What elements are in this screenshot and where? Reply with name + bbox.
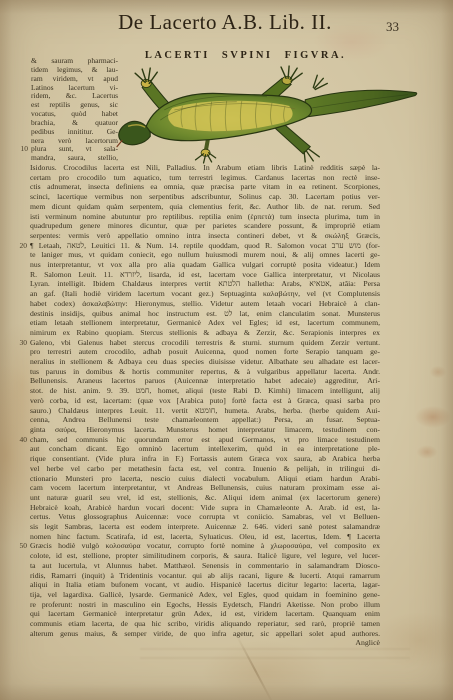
text-line: ctionario Munsteri pro lacerta, nescio c…: [30, 474, 380, 484]
text-line: destinis insidijs, quibus animal hoc ins…: [30, 309, 380, 319]
text-line: alterum genus maius, & semper viride, de…: [30, 629, 380, 639]
text-line: quadrupedum genere minores dicuntur, quæ…: [30, 221, 380, 231]
text-line: vel herbe vel carbo per metathesin facta…: [30, 464, 380, 474]
text-line: tus paruus in domibus & hortis communite…: [30, 367, 380, 377]
book-page: De Lacerto A.B. Lib. II. 33 LACERTI SVPI…: [0, 0, 453, 700]
line-number: 30: [13, 338, 27, 348]
line-number: 10: [14, 145, 28, 154]
text-line: colote, id est, stellione, propter simil…: [30, 551, 380, 561]
text-line: isti verminum nomine abutuntur pro repti…: [30, 212, 380, 222]
text-line: ginta σαύρα, Hieronymus lacerta. Munster…: [30, 425, 380, 435]
text-line: 40cham, sed communis hic quorundam error…: [30, 435, 380, 445]
running-title: De Lacerto A.B. Lib. II.: [100, 10, 350, 35]
text-line: sis legit Sambras, lacerta est eodem int…: [30, 522, 380, 532]
text-line: ctis adnumerat, insecta definiens ea omn…: [30, 182, 380, 192]
text-line: certus. Vetus glossographus Auicennæ: vo…: [30, 512, 380, 522]
text-line: nomen hinc factum. Scatirafa, id est, la…: [30, 532, 380, 542]
text-line: aliqui in Italia etiam bufonem vocant, v…: [30, 580, 380, 590]
text-line: an gaf. (Itali hodiè viridem lacertum vo…: [30, 289, 380, 299]
text-line: 50Græcis hodiè vulgò κολοσαύρα vocatur, …: [30, 541, 380, 551]
text-line: stot. de hist. anim. 9. 39. חמט, homet, …: [30, 386, 380, 396]
text-line: 30Galeno, vbi Galenus habet stercus croc…: [30, 338, 380, 348]
wrap-text-column: & sauram pharmaci-tidem legimus, & lau-r…: [31, 57, 118, 163]
text-line: ta aut lucertula, vt Alunnus habet. Matt…: [30, 561, 380, 571]
text-line: mem dicunt quidam quàm serpentem, quia c…: [30, 202, 380, 212]
text-line: etiam letaah stellionem interpretatur, G…: [30, 318, 380, 328]
lizard-woodcut: [116, 63, 428, 165]
text-line: te laniger mus, vt quidam coniecit, ego …: [30, 250, 380, 260]
text-line: qui lacertam Germanicè interpretatur grü…: [30, 609, 380, 619]
text-line: nus interpretantur, vt vox alla pro alia…: [30, 260, 380, 270]
text-line: habet codex) ἀσκαλαβώτην: Hieronymus, st…: [30, 299, 380, 309]
text-line: mandra, saura, stellio,: [31, 154, 118, 163]
text-line: tija, vel lagardixa. Gallicè, lysarde. G…: [30, 590, 380, 600]
text-line: nimirum ex Rabino quopiam. Stercus stell…: [30, 328, 380, 338]
page-number: 33: [386, 19, 399, 35]
text-line: cam vocem lacertum interpretantur, vt An…: [30, 483, 380, 493]
text-line: aut concham dicant. Ego omninò lacertum …: [30, 444, 380, 454]
text-line: Hebraicè koah, Arabicè hardun vocari doc…: [30, 503, 380, 513]
text-line: Isidorus. Crocodilus lacerta est Nili, P…: [30, 163, 380, 173]
text-line: R. Salomon Leuit. 11. ליזרדא, lisarda, i…: [30, 270, 380, 280]
text-line: pro terrestri autem crocodilo, adhab pos…: [30, 347, 380, 357]
text-line: certam pro crocodilo tum aquatico, tum t…: [30, 173, 380, 183]
figure-caption: LACERTI SVPINI FIGVRA.: [118, 50, 373, 61]
verso-showthrough: [140, 648, 410, 662]
catchword: Anglicè: [30, 638, 380, 647]
line-number: 50: [13, 541, 27, 551]
text-line: neralius in stellionem & Adbaya ceu duas…: [30, 357, 380, 367]
text-line: unt naturæ guaril seu vrel, id est, stel…: [30, 493, 380, 503]
text-line: sauro.) Chaldæus interpres Leuit. 11. ve…: [30, 406, 380, 416]
text-line: re proferunt: nostri in masculino ein Eg…: [30, 600, 380, 610]
line-number: 20: [13, 241, 27, 251]
line-number: 40: [13, 435, 27, 445]
lizard-illustration: [116, 63, 428, 165]
text-line: cenna, Andrea Bellunensi teste chamæleon…: [30, 415, 380, 425]
text-line: scinci, lacertique vermibus non serpenti…: [30, 192, 380, 202]
text-line: Bellunensis. Araneus lacertos paruos (Au…: [30, 376, 380, 386]
text-line: Lyran. intelligit. Ibidem Chaldæus inter…: [30, 279, 380, 289]
text-line: communis etiam lacerta, de qua hic scrib…: [30, 619, 380, 629]
body-text-block: Isidorus. Crocodilus lacerta est Nili, P…: [30, 163, 380, 638]
text-line: rique consentiant. (Vide plura infra in …: [30, 454, 380, 464]
text-line: ridis, Ramarri (inquit) à Tridentinis vo…: [30, 571, 380, 581]
text-line: verò corba, id est, lacertam: (quæ vox […: [30, 396, 380, 406]
text-line: serpentes: vermis verò appellatio omnino…: [30, 231, 380, 241]
text-line: 20¶ Letaah, לטאה, Leuitici 11. & Num. 14…: [30, 241, 380, 251]
